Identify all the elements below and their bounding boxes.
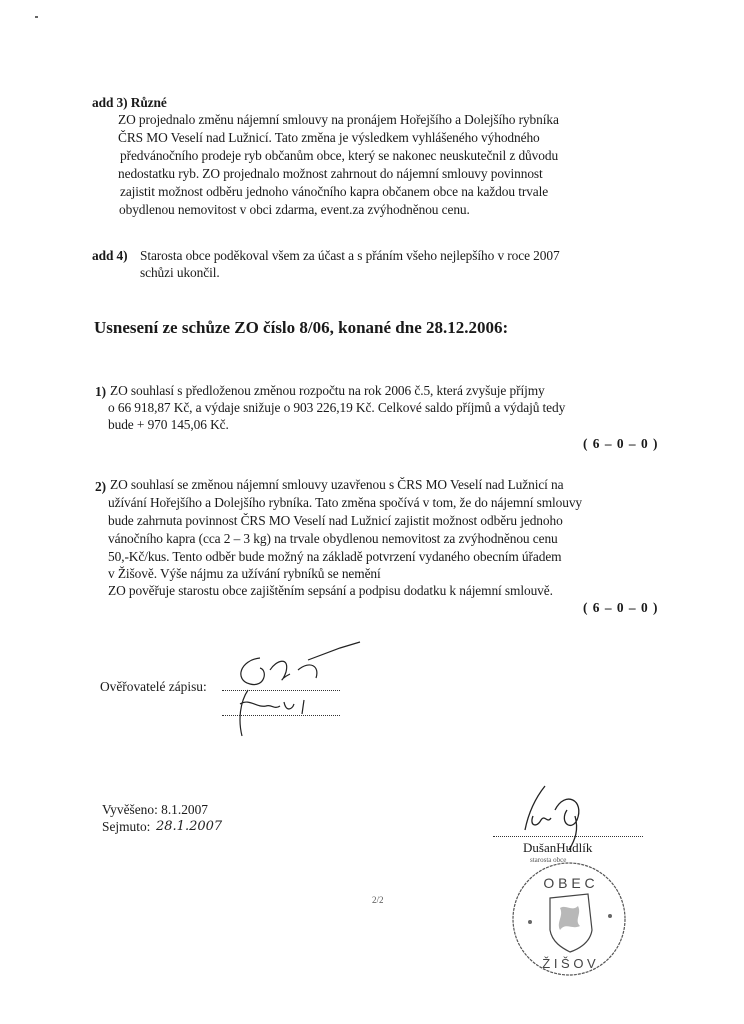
section3-line-4: nedostatku ryb. ZO projednalo možnost za… [118, 165, 543, 182]
municipal-stamp: O B E C Ž I Š O V [510, 860, 628, 978]
resolution1-number: 1) [95, 383, 106, 400]
resolution2-line-4: vánočního kapra (cca 2 – 3 kg) na trvale… [108, 530, 558, 547]
removed-date: 28.1.2007 [156, 819, 222, 834]
section3-line-2: ČRS MO Veselí nad Lužnicí. Tato změna je… [118, 129, 540, 146]
posted-date: Vyvěšeno: 8.1.2007 [102, 802, 208, 818]
section4-label: add 4) [92, 247, 128, 264]
verifier-signatures [220, 640, 370, 740]
section3-line-1: ZO projednalo změnu nájemní smlouvy na p… [118, 111, 559, 128]
resolution2-line-7: ZO pověřuje starostu obce zajištěním sep… [108, 582, 553, 599]
resolution1-line-3: bude + 970 145,06 Kč. [108, 416, 229, 433]
resolution2-line-3: bude zahrnuta povinnost ČRS MO Veselí na… [108, 512, 563, 529]
section3-title: Různé [131, 95, 167, 110]
section4-line-1: Starosta obce poděkoval všem za účast a … [140, 247, 560, 264]
signatory-name: DušanHudlík [523, 840, 592, 856]
removed-label: Sejmuto: [102, 819, 150, 835]
stamp-bottom-text: Ž I Š O V [542, 956, 596, 971]
resolution2-line-1: ZO souhlasí se změnou nájemní smlouvy uz… [110, 476, 563, 493]
section3-line-6: obydlenou nemovitost v obci zdarma, even… [119, 201, 470, 218]
section3-label: add 3) Různé [92, 94, 167, 111]
verifiers-label: Ověřovatelé zápisu: [100, 679, 207, 695]
scan-speck [35, 16, 38, 18]
resolution-heading: Usnesení ze schůze ZO číslo 8/06, konané… [94, 318, 508, 338]
resolution2-vote: ( 6 – 0 – 0 ) [583, 600, 658, 616]
mayor-signature-line [493, 836, 643, 837]
page-number: 2/2 [372, 895, 384, 905]
resolution2-number: 2) [95, 478, 106, 495]
resolution2-line-2: užívání Hořejšího a Dolejšího rybníka. T… [108, 494, 582, 511]
resolution1-line-2: o 66 918,87 Kč, a výdaje snižuje o 903 2… [108, 399, 565, 416]
section3-line-5: zajistit možnost odběru jednoho vánočníh… [120, 183, 548, 200]
resolution1-line-1: ZO souhlasí s předloženou změnou rozpočt… [110, 382, 545, 399]
section4-line-2: schůzi ukončil. [140, 264, 220, 281]
resolution2-line-5: 50,-Kč/kus. Tento odběr bude možný na zá… [108, 548, 562, 565]
resolution1-vote: ( 6 – 0 – 0 ) [583, 436, 658, 452]
section3-number: add 3) [92, 95, 128, 110]
section3-line-3: předvánočního prodeje ryb občanům obce, … [120, 147, 558, 164]
stamp-top-text: O B E C [543, 875, 594, 891]
document-page: add 3) Různé ZO projednalo změnu nájemní… [0, 0, 744, 1024]
resolution2-line-6: v Žišově. Výše nájmu za užívání rybníků … [108, 565, 381, 582]
